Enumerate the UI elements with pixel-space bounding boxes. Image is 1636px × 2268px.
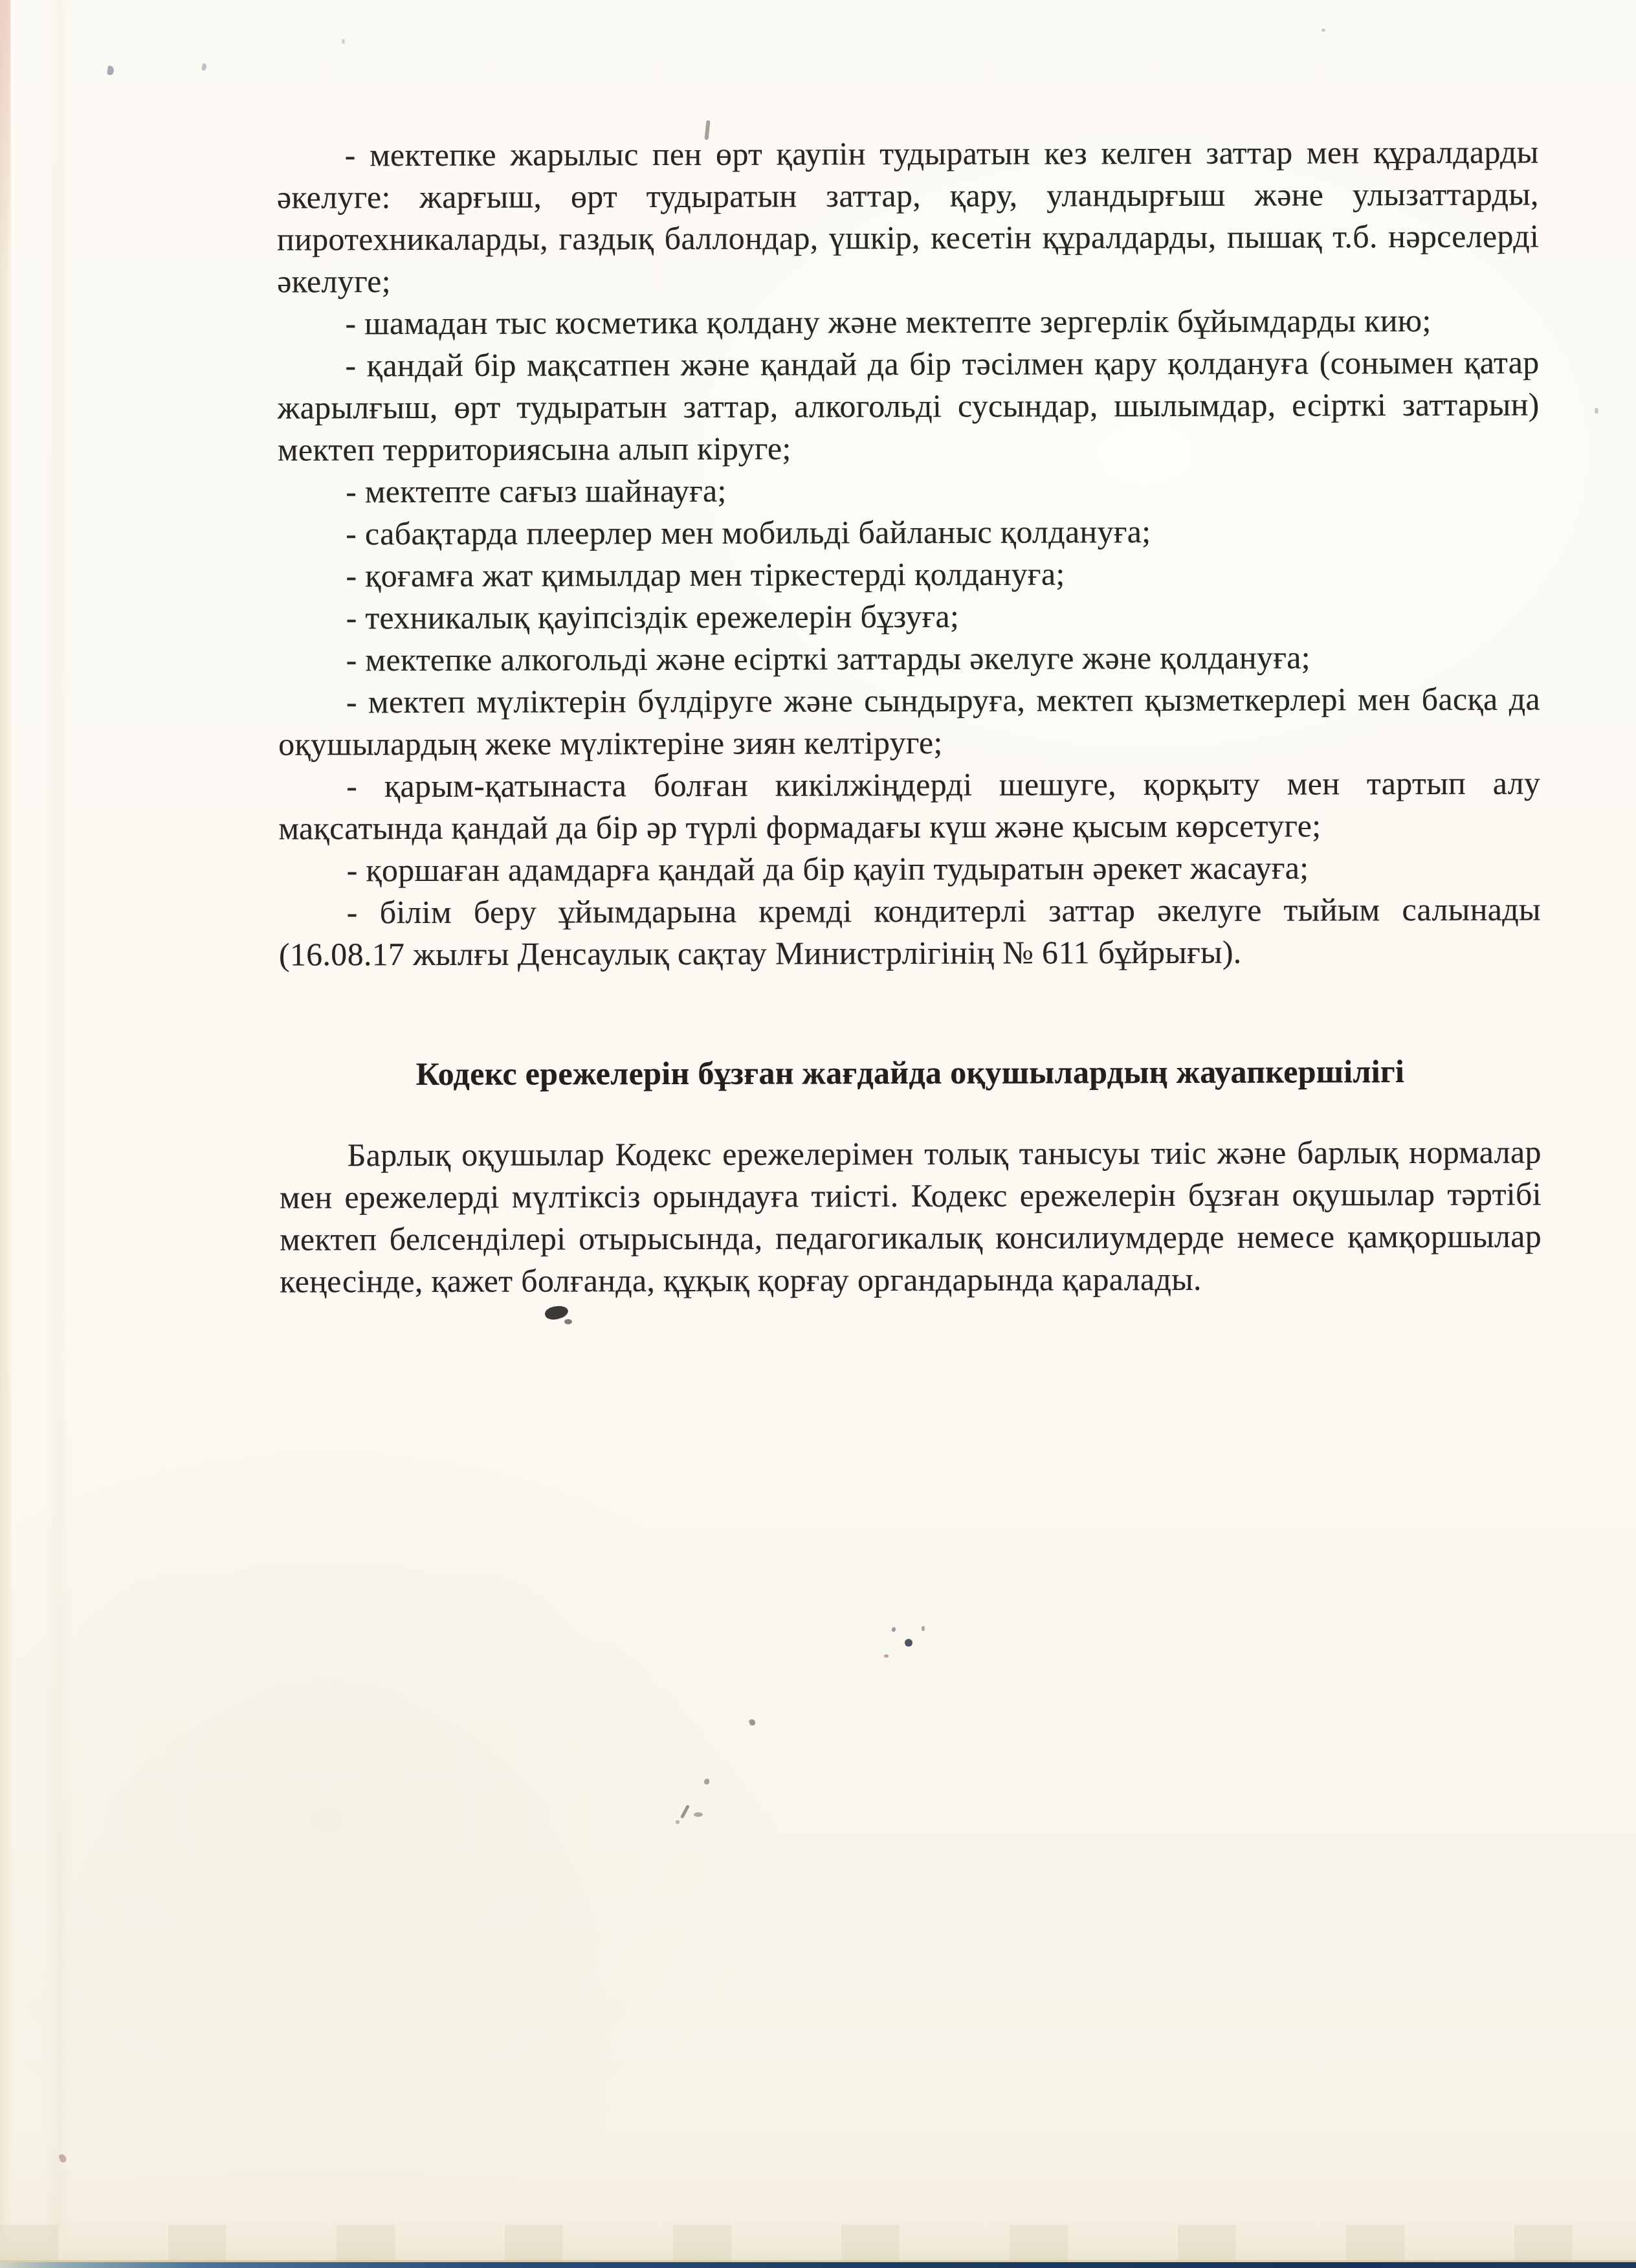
rule-item: - мектепке жарылыс пен өрт қаупін тудыра… <box>277 131 1540 302</box>
scan-artifact-mark <box>201 63 207 71</box>
rule-item: - қарым-қатынаста болған кикілжіңдерді ш… <box>278 762 1540 849</box>
rule-item: - қоршаған адамдарға қандай да бір қауіп… <box>279 846 1541 891</box>
scan-artifact-mark <box>1321 28 1325 32</box>
ink-speck <box>694 1812 703 1817</box>
closing-paragraph: Барлық оқушылар Кодекс ережелерімен толы… <box>280 1131 1542 1302</box>
ink-speck <box>676 1820 680 1824</box>
scan-bottom-edge <box>0 2262 1636 2268</box>
ink-speck <box>905 1639 912 1647</box>
rule-item: - техникалық қауіпсіздік ережелерін бұзу… <box>278 594 1540 639</box>
rule-item: - мектепке алкогольді және есірткі затта… <box>278 636 1540 681</box>
scan-vertical-streak <box>45 0 71 2268</box>
ink-smudge <box>544 1304 569 1321</box>
ink-smudge <box>564 1319 572 1324</box>
document-text-block: - мектепке жарылыс пен өрт қаупін тудыра… <box>277 131 1542 1302</box>
scan-left-edge <box>0 0 13 2268</box>
scan-artifact-mark <box>342 39 345 44</box>
ink-speck <box>749 1718 757 1726</box>
rule-item: - білім беру ұйымдарына кремді кондитерл… <box>279 888 1541 975</box>
rule-item: - мектепте сағыз шайнауға; <box>278 467 1540 513</box>
rule-item: - мектеп мүліктерін бүлдіруге және сынды… <box>278 678 1540 765</box>
ink-speck <box>884 1654 889 1658</box>
rule-item: - қандай бір мақсатпен және қандай да бі… <box>277 341 1540 471</box>
rule-item: - қоғамға жат қимылдар мен тіркестерді қ… <box>278 551 1540 597</box>
ink-speck <box>680 1805 690 1819</box>
scan-bottom-band <box>0 2225 1636 2262</box>
ink-speck <box>922 1626 925 1631</box>
scanned-page: - мектепке жарылыс пен өрт қаупін тудыра… <box>0 0 1636 2268</box>
scan-left-edge-tint <box>0 0 10 272</box>
scan-artifact-mark <box>1595 408 1598 414</box>
rule-item: - сабақтарда плеерлер мен мобильді байла… <box>278 509 1540 555</box>
scan-artifact-mark <box>107 65 115 76</box>
section-heading: Кодекс ережелерін бұзған жағдайда оқушыл… <box>279 1050 1541 1095</box>
ink-speck <box>891 1627 896 1632</box>
rule-item: - шамадан тыс косметика қолдану және мек… <box>277 299 1539 344</box>
ink-speck <box>704 1779 709 1784</box>
